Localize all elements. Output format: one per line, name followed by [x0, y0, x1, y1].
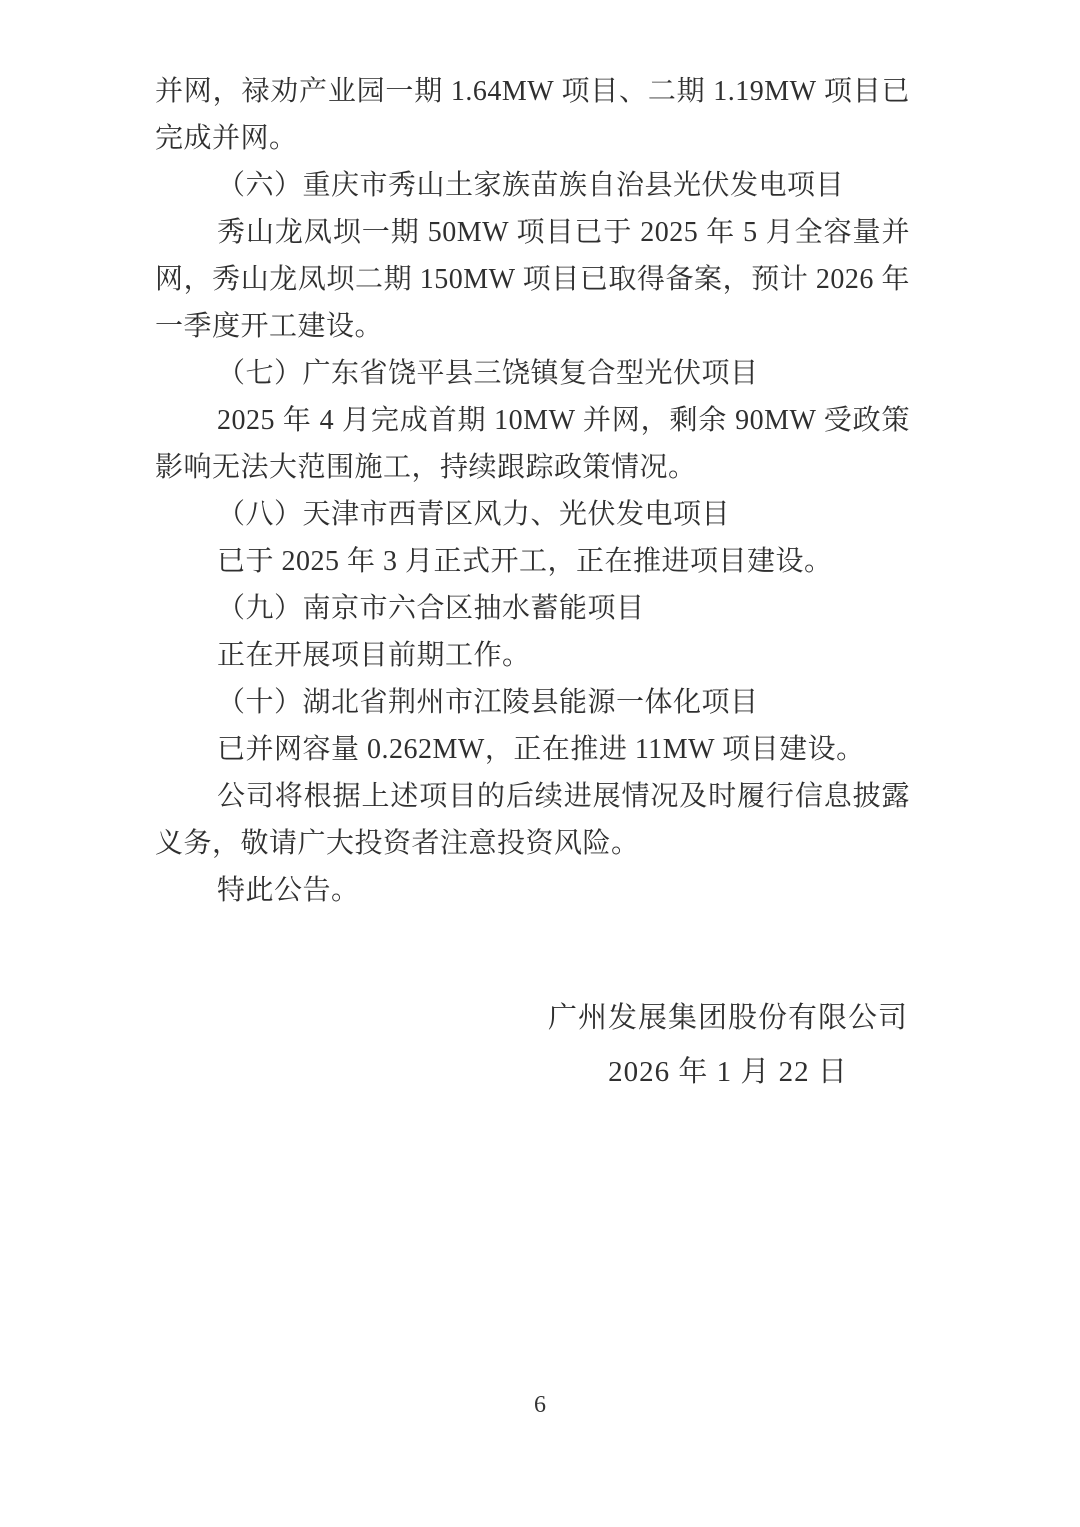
- announcement-body: 并网，禄劝产业园一期 1.64MW 项目、二期 1.19MW 项目已 完成并网。…: [155, 68, 910, 914]
- section-heading-7: （七）广东省饶平县三饶镇复合型光伏项目: [155, 350, 910, 397]
- body-line: 已于 2025 年 3 月正式开工，正在推进项目建设。: [155, 538, 910, 585]
- body-line: 完成并网。: [155, 115, 910, 162]
- section-heading-6: （六）重庆市秀山土家族苗族自治县光伏发电项目: [155, 162, 910, 209]
- body-line: 已并网容量 0.262MW，正在推进 11MW 项目建设。: [155, 726, 910, 773]
- section-heading-8: （八）天津市西青区风力、光伏发电项目: [155, 491, 910, 538]
- signature-date: 2026 年 1 月 22 日: [548, 1045, 908, 1099]
- body-line: 网，秀山龙凤坝二期 150MW 项目已取得备案，预计 2026 年: [155, 256, 910, 303]
- body-line: 并网，禄劝产业园一期 1.64MW 项目、二期 1.19MW 项目已: [155, 68, 910, 115]
- body-line: 2025 年 4 月完成首期 10MW 并网，剩余 90MW 受政策: [155, 397, 910, 444]
- body-line: 正在开展项目前期工作。: [155, 632, 910, 679]
- body-line: 秀山龙凤坝一期 50MW 项目已于 2025 年 5 月全容量并: [155, 209, 910, 256]
- section-heading-9: （九）南京市六合区抽水蓄能项目: [155, 585, 910, 632]
- body-line: 一季度开工建设。: [155, 303, 910, 350]
- document-page: 并网，禄劝产业园一期 1.64MW 项目、二期 1.19MW 项目已 完成并网。…: [0, 0, 1080, 1527]
- signature-company: 广州发展集团股份有限公司: [548, 991, 908, 1045]
- page-number: 6: [0, 1392, 1080, 1419]
- section-heading-10: （十）湖北省荆州市江陵县能源一体化项目: [155, 679, 910, 726]
- closing-line: 特此公告。: [155, 867, 910, 914]
- signature-block: 广州发展集团股份有限公司 2026 年 1 月 22 日: [548, 991, 908, 1099]
- body-line: 影响无法大范围施工，持续跟踪政策情况。: [155, 444, 910, 491]
- body-line: 公司将根据上述项目的后续进展情况及时履行信息披露: [155, 773, 910, 820]
- body-line: 义务，敬请广大投资者注意投资风险。: [155, 820, 910, 867]
